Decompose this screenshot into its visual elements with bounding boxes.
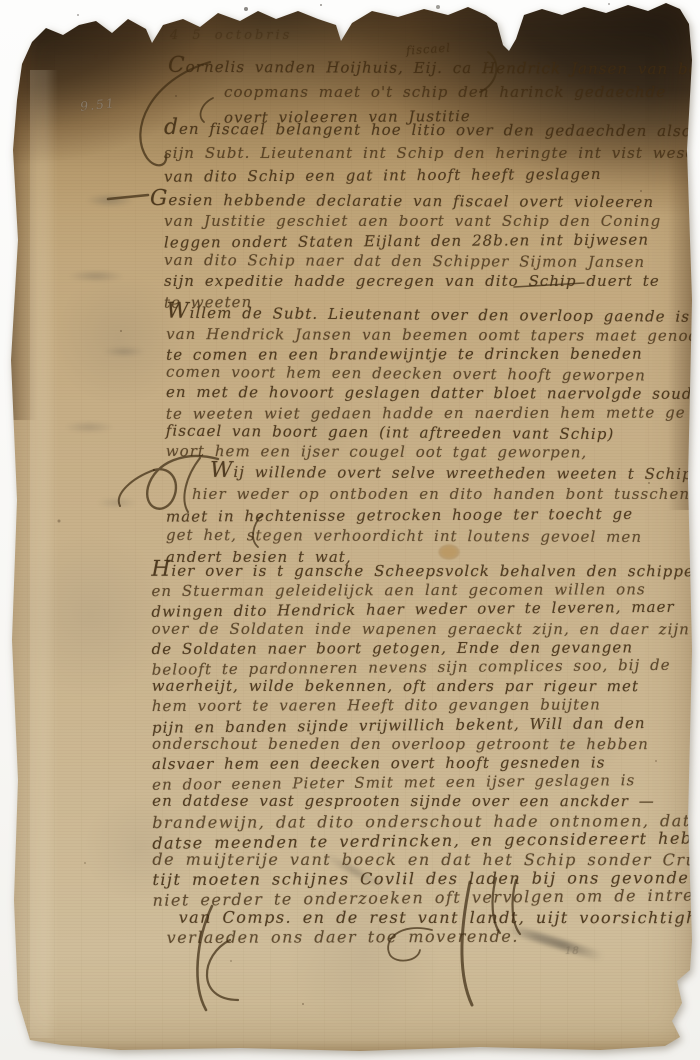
manuscript-text-line: de muijterije vant boeck en dat het Schi… [152, 850, 700, 870]
manuscript-text-line: coopmans maet o't schip den harinck geda… [224, 80, 700, 104]
fly-specks [0, 0, 2, 2]
manuscript-text-line: over de Soldaten inde wapenen geraeckt z… [152, 619, 700, 639]
manuscript-text-line: Hier over is t gansche Scheepsvolck beha… [151, 560, 700, 582]
manuscript-text-line: en datdese vast gesprooten sijnde over e… [152, 792, 700, 812]
paragraph-resolution-intro: Wij willende overt selve wreetheden weet… [166, 461, 698, 568]
manuscript-text-line: van Hendrick Jansen van beemen oomt tape… [166, 325, 700, 347]
manuscript-text-line: van Justitie geschiet aen boort vant Sch… [164, 211, 661, 231]
manuscript-text-line: Gesien hebbende declaratie van fiscael o… [150, 189, 661, 212]
manuscript-text-line: maet in hechtenisse getrocken hooge ter … [166, 503, 699, 527]
manuscript-text-line: en met de hovoort geslagen datter bloet … [166, 383, 700, 405]
manuscript-text-line: waerheijt, wilde bekennen, oft anders pa… [152, 677, 700, 697]
manuscript-text-line: leggen ondert Staten Eijlant den 28b.en … [164, 229, 661, 252]
manuscript-text-line: onderschout beneden den overloop getroon… [152, 735, 700, 755]
manuscript-text-line: van Comps. en de rest vant landt, uijt v… [179, 907, 700, 927]
manuscript-text-line: niet eerder te onderzoeken oft vervolgen… [152, 886, 700, 911]
scanner-background: 4 5 octobris 9.51 fiscael 18 Cornelis va… [0, 0, 700, 1060]
paragraph-fiscal-charge: den fiscael belangent hoe litio over den… [164, 118, 700, 187]
faint-page-number: 18 [565, 946, 580, 957]
manuscript-text-line: Wij willende overt selve wreetheden weet… [210, 460, 699, 485]
manuscript-text-line: den fiscael belangent hoe litio over den… [164, 117, 700, 143]
manuscript-text-line: te weeten wiet gedaen hadde en naerdien … [166, 403, 700, 424]
manuscript-text-line: van dito Schip naer dat den Schipper Sij… [164, 250, 661, 272]
manuscript-text-line: van dito Schip een gat int hooft heeft g… [164, 162, 700, 188]
paragraph-crew-confession: Hier over is t gansche Scheepsvolck beha… [151, 559, 700, 947]
manuscript-sheet-wrapper: 4 5 octobris 9.51 fiscael 18 Cornelis va… [0, 0, 700, 1060]
paragraph-willem-account: Willem de Subt. Lieutenant over den over… [166, 303, 700, 464]
manuscript-text-line: verlaeden ons daer toe moverende. [167, 926, 700, 947]
manuscript-text-line: Cornelis vanden Hoijhuis, Eij. ca Hendri… [168, 54, 700, 82]
manuscript-page: 4 5 octobris 9.51 fiscael 18 Cornelis va… [0, 0, 700, 1060]
manuscript-text-line: dwingen dito Hendrick haer weder over te… [151, 598, 700, 623]
manuscript-text-line: hier weder op ontboden en dito handen bo… [192, 484, 698, 505]
manuscript-text-line: sijn Subt. Lieutenant int Schip den heri… [164, 142, 700, 165]
manuscript-text-line: get het, stegen verhoordicht int loutens… [166, 525, 699, 548]
paragraph-declaration: Gesien hebbende declaratie van fiscael o… [150, 190, 661, 311]
date-heading: 4 5 octobris [170, 28, 292, 43]
manuscript-text-line: sijn expeditie hadde gecregen van dito S… [164, 271, 661, 291]
